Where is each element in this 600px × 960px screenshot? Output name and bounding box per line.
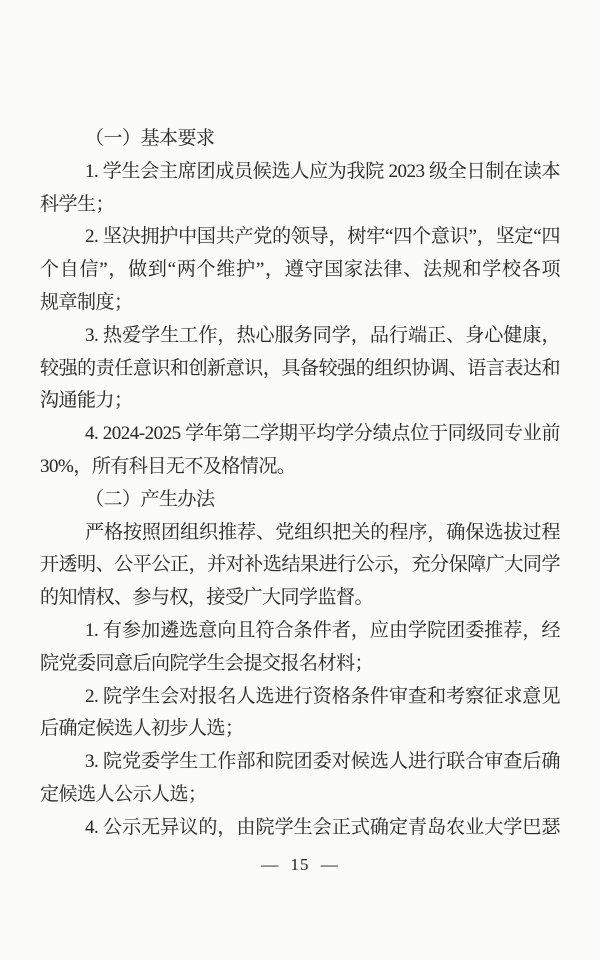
text-line: 3. 热爱学生工作，热心服务同学，品行端正、身心健康，有 — [40, 320, 560, 353]
text-line: 4. 公示无异议的，由院学生会正式确定青岛农业大学巴瑟斯 — [40, 812, 560, 845]
text-line: 开透明、公平公正，并对补选结果进行公示，充分保障广大同学 — [40, 549, 560, 582]
text-line: 30%，所有科目无不及格情况。 — [40, 451, 560, 484]
text-line: 3. 院党委学生工作部和院团委对候选人进行联合审查后确 — [40, 746, 560, 779]
text-line: 科学生； — [40, 189, 560, 222]
text-line: 1. 有参加遴选意向且符合条件者，应由学院团委推荐，经学 — [40, 615, 560, 648]
text-line: 较强的责任意识和创新意识，具备较强的组织协调、语言表达和 — [40, 353, 560, 386]
document-page: （一）基本要求1. 学生会主席团成员候选人应为我院 2023 级全日制在读本科学… — [0, 0, 600, 960]
document-body: （一）基本要求1. 学生会主席团成员候选人应为我院 2023 级全日制在读本科学… — [40, 123, 560, 845]
text-line: 4. 2024-2025 学年第二学期平均学分绩点位于同级同专业前 — [40, 418, 560, 451]
text-line: 2. 院学生会对报名人选进行资格条件审查和考察征求意见 — [40, 681, 560, 714]
text-line: 院党委同意后向院学生会提交报名材料； — [40, 648, 560, 681]
text-line: 严格按照团组织推荐、党组织把关的程序，确保选拔过程公 — [40, 517, 560, 550]
text-line: 1. 学生会主席团成员候选人应为我院 2023 级全日制在读本 — [40, 156, 560, 189]
text-line: 定候选人公示人选； — [40, 779, 560, 812]
text-line: 2. 坚决拥护中国共产党的领导，树牢“四个意识”，坚定“四 — [40, 221, 560, 254]
text-line: 个自信”，做到“两个维护”，遵守国家法律、法规和学校各项 — [40, 254, 560, 287]
text-line: 的知情权、参与权，接受广大同学监督。 — [40, 582, 560, 615]
text-line: 后确定候选人初步人选； — [40, 713, 560, 746]
text-line: （一）基本要求 — [40, 123, 560, 156]
text-line: （二）产生办法 — [40, 484, 560, 517]
text-line: 沟通能力； — [40, 385, 560, 418]
page-number: — 15 — — [0, 855, 600, 875]
text-line: 规章制度； — [40, 287, 560, 320]
